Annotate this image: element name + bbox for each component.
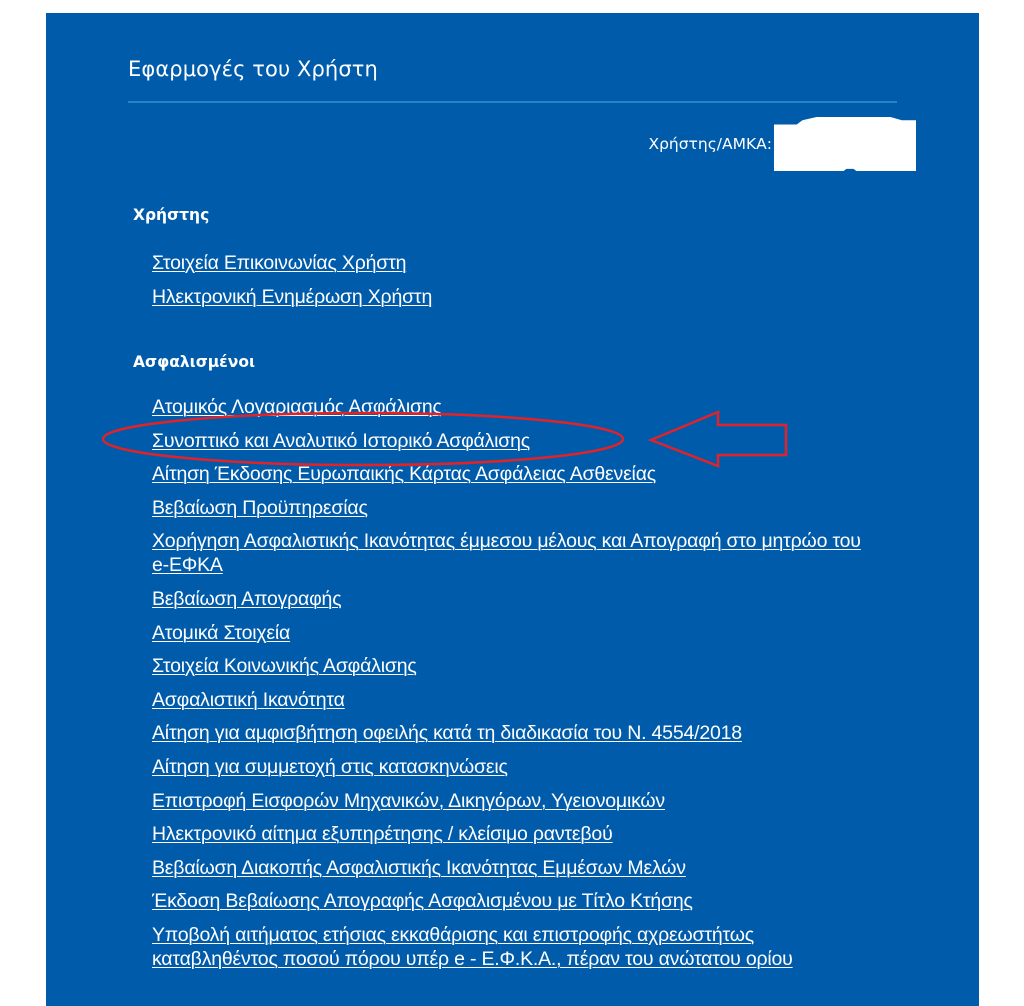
link-insurance-eligibility[interactable]: Ασφαλιστική Ικανότητα	[152, 688, 345, 712]
link-service-request-appointment[interactable]: Ηλεκτρονικό αίτημα εξυπηρέτησης / κλείσι…	[152, 822, 613, 846]
list-item: Βεβαίωση Προϋπηρεσίας	[152, 496, 872, 520]
link-personal-details[interactable]: Ατομικά Στοιχεία	[152, 621, 290, 645]
link-registration-certificate[interactable]: Βεβαίωση Απογραφής	[152, 587, 341, 611]
title-divider	[128, 101, 897, 103]
user-id-redacted-value	[774, 117, 916, 171]
list-item: Αίτηση για συμμετοχή στις κατασκηνώσεις	[152, 755, 872, 779]
list-item: Βεβαίωση Διακοπής Ασφαλιστικής Ικανότητα…	[152, 856, 872, 880]
page-title: Εφαρμογές του Χρήστη	[128, 57, 378, 81]
list-item: Χορήγηση Ασφαλιστικής Ικανότητας έμμεσου…	[152, 529, 872, 577]
user-id-row: Χρήστης/ΑΜΚΑ:	[648, 117, 916, 171]
link-camp-participation-request[interactable]: Αίτηση για συμμετοχή στις κατασκηνώσεις	[152, 755, 508, 779]
list-item: Ηλεκτρονικό αίτημα εξυπηρέτησης / κλείσι…	[152, 822, 872, 846]
user-id-label: Χρήστης/ΑΜΚΑ:	[648, 135, 772, 153]
link-annual-clearance-refund[interactable]: Υποβολή αιτήματος ετήσιας εκκαθάρισης κα…	[152, 923, 872, 971]
list-item: Αίτηση για αμφισβήτηση οφειλής κατά τη δ…	[152, 721, 872, 745]
link-prior-service-certificate[interactable]: Βεβαίωση Προϋπηρεσίας	[152, 496, 368, 520]
list-item: Επιστροφή Εισφορών Μηχανικών, Δικηγόρων,…	[152, 789, 872, 813]
list-item: Βεβαίωση Απογραφής	[152, 587, 872, 611]
list-item: Ατομικά Στοιχεία	[152, 621, 872, 645]
list-item: Στοιχεία Επικοινωνίας Χρήστη	[152, 251, 432, 275]
user-links-list: Στοιχεία Επικοινωνίας Χρήστη Ηλεκτρονική…	[152, 251, 432, 318]
link-user-contact-details[interactable]: Στοιχεία Επικοινωνίας Χρήστη	[152, 251, 406, 275]
link-social-insurance-details[interactable]: Στοιχεία Κοινωνικής Ασφάλισης	[152, 654, 417, 678]
list-item: Αίτηση Έκδοσης Ευρωπαικής Κάρτας Ασφάλει…	[152, 462, 872, 486]
section-heading-insured: Ασφαλισμένοι	[133, 353, 255, 371]
link-debt-dispute-request[interactable]: Αίτηση για αμφισβήτηση οφειλής κατά τη δ…	[152, 721, 742, 745]
link-contribution-refund[interactable]: Επιστροφή Εισφορών Μηχανικών, Δικηγόρων,…	[152, 789, 665, 813]
insured-links-list: Ατομικός Λογαριασμός Ασφάλισης Συνοπτικό…	[152, 395, 872, 981]
link-individual-insurance-account[interactable]: Ατομικός Λογαριασμός Ασφάλισης	[152, 395, 442, 419]
link-eligibility-termination-certificate[interactable]: Βεβαίωση Διακοπής Ασφαλιστικής Ικανότητα…	[152, 856, 686, 880]
section-heading-user: Χρήστης	[133, 206, 209, 224]
list-item: Συνοπτικό και Αναλυτικό Ιστορικό Ασφάλισ…	[152, 429, 872, 453]
list-item: Στοιχεία Κοινωνικής Ασφάλισης	[152, 654, 872, 678]
user-applications-panel: Εφαρμογές του Χρήστη Χρήστης/ΑΜΚΑ: Χρήστ…	[46, 13, 979, 1006]
list-item: Ατομικός Λογαριασμός Ασφάλισης	[152, 395, 872, 419]
list-item: Υποβολή αιτήματος ετήσιας εκκαθάρισης κα…	[152, 923, 872, 971]
list-item: Έκδοση Βεβαίωσης Απογραφής Ασφαλισμένου …	[152, 889, 872, 913]
link-indirect-member-eligibility[interactable]: Χορήγηση Ασφαλιστικής Ικανότητας έμμεσου…	[152, 529, 872, 577]
link-european-health-card[interactable]: Αίτηση Έκδοσης Ευρωπαικής Κάρτας Ασφάλει…	[152, 462, 656, 486]
link-user-electronic-notification[interactable]: Ηλεκτρονική Ενημέρωση Χρήστη	[152, 285, 432, 309]
link-insurance-history[interactable]: Συνοπτικό και Αναλυτικό Ιστορικό Ασφάλισ…	[152, 429, 530, 453]
list-item: Ηλεκτρονική Ενημέρωση Χρήστη	[152, 285, 432, 309]
list-item: Ασφαλιστική Ικανότητα	[152, 688, 872, 712]
link-registration-certificate-title[interactable]: Έκδοση Βεβαίωσης Απογραφής Ασφαλισμένου …	[152, 889, 693, 913]
